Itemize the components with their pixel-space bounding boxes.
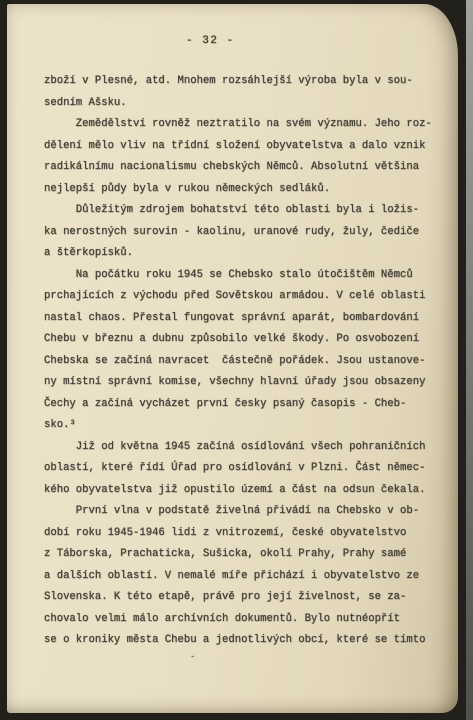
text-line: a štěrkopísků. xyxy=(44,243,432,265)
text-line: Na počátku roku 1945 se Chebsko stalo út… xyxy=(44,265,432,287)
text-line: radikálnímu nacionalismu chebských Němců… xyxy=(44,157,432,179)
text-line: nejlepší půdy byla v rukou německých sed… xyxy=(44,179,432,201)
text-line: Důležitým zdrojem bohatství této oblasti… xyxy=(44,200,432,222)
text-line: a dalších oblastí. V nemalé míře přicház… xyxy=(44,566,432,588)
paper-sheet: - 32 - zboží v Plesné, atd. Mnohem rozsá… xyxy=(7,4,458,713)
text-line: Chebska se začíná navracet částečně pořá… xyxy=(44,351,432,373)
text-line: se o kroniky města Chebu a jednotlivých … xyxy=(44,630,432,652)
text-line: prchajících z východu před Sovětskou arm… xyxy=(44,286,432,308)
text-line: První vlna v podstatě živelná přivádí na… xyxy=(44,501,432,523)
text-line: kého obyvatelstva již opustilo území a č… xyxy=(44,480,432,502)
text-line: Čechy a začíná vycházet první česky psan… xyxy=(44,394,432,416)
text-line: dobí roku 1945-1946 lidi z vnitrozemí, č… xyxy=(44,523,432,545)
text-line: z Táborska, Prachaticka, Sušicka, okolí … xyxy=(44,544,432,566)
text-line: Zemědělství rovněž neztratilo na svém vý… xyxy=(44,114,432,136)
typed-text-block: zboží v Plesné, atd. Mnohem rozsáhlejší … xyxy=(44,71,432,652)
text-line: sedním Ašsku. xyxy=(44,93,432,115)
text-line: Již od května 1945 začíná osídlování vše… xyxy=(44,437,432,459)
text-line: chovalo velmi málo archívních dokumentů.… xyxy=(44,609,432,631)
text-line: Chebu v březnu a dubnu způsobilo velké š… xyxy=(44,329,432,351)
text-line: sko.³ xyxy=(44,415,432,437)
scanned-page: - 32 - zboží v Plesné, atd. Mnohem rozsá… xyxy=(0,0,473,720)
text-line: ka nerostných surovin - kaolinu, uranové… xyxy=(44,222,432,244)
text-line: oblastí, které řídí Úřad pro osídlování … xyxy=(44,458,432,480)
text-line: Slovenska. K této etapě, právě pro její … xyxy=(44,587,432,609)
text-line: zboží v Plesné, atd. Mnohem rozsáhlejší … xyxy=(44,71,432,93)
text-line: nastal chaos. Přestal fungovat správní a… xyxy=(44,308,432,330)
scan-edge-strip xyxy=(466,0,473,720)
text-line: ny místní správní komise, všechny hlavní… xyxy=(44,372,432,394)
text-line: dělení mělo vliv na třídní složení obyva… xyxy=(44,136,432,158)
page-number: - 32 - xyxy=(186,35,235,47)
stray-mark: - xyxy=(190,652,195,662)
